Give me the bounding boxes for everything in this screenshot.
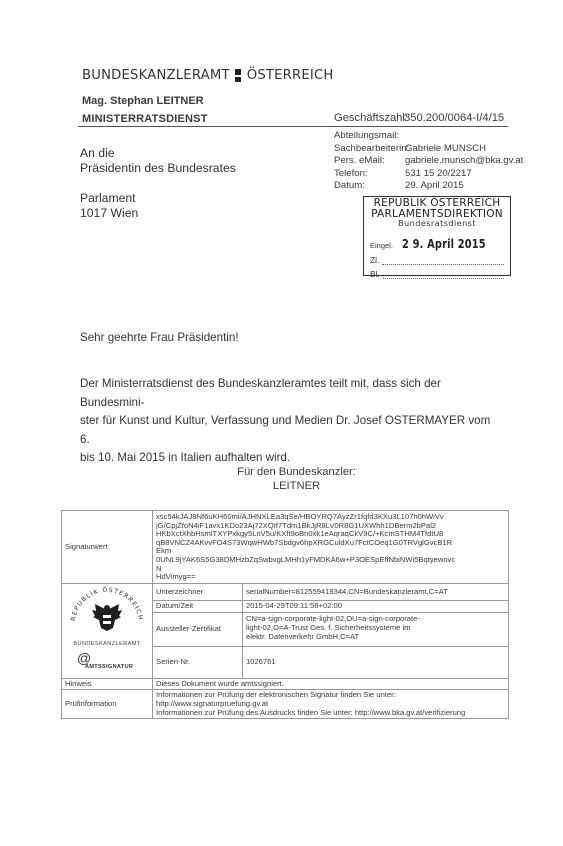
stamp-received-date: 2 9. April 2015: [402, 237, 486, 251]
verification-label: Prüfinformation: [62, 690, 153, 719]
address-line: Präsidentin des Bundesrates: [80, 161, 236, 176]
verification-line[interactable]: Informationen zur Prüfung des Ausdrucks …: [156, 709, 505, 718]
stamp-received-label: Eingel.: [370, 241, 402, 250]
contact-block: Abteilungsmail: Sachbearbeiterin:Gabriel…: [334, 130, 523, 193]
letterhead-brand: BUNDESKANZLERAMT ÖSTERREICH: [82, 68, 334, 83]
table-row: Hinweis Dieses Dokument wurde amtssignie…: [62, 678, 509, 690]
signature-line: 0UNL9jYAK6S5G38DMHzbZqSwbvgLMHh1yFMDKA6w…: [156, 556, 456, 573]
signature-line: qB8VNCZ4AKvvFO4S73WqwHWb7Sbdgv6hpXRGCuld…: [156, 539, 456, 556]
contact-row-dept-mail: Abteilungsmail:: [334, 130, 523, 143]
contact-value: 531 15 20/2217: [405, 168, 472, 181]
contact-label: Datum:: [334, 180, 405, 193]
brand-right: ÖSTERREICH: [247, 68, 334, 83]
issuer-value: CN=a-sign-corporate-light-02,OU=a-sign-c…: [243, 613, 509, 647]
verification-value: Informationen zur Prüfung der elektronis…: [153, 690, 509, 719]
signature-value: xsc54kJAJ8Nf6uKH60mi/AJHNXLEa3qSe/HBOYRQ…: [153, 511, 509, 584]
stamp-line-1: REPUBLIK ÖSTERREICH: [364, 198, 510, 209]
contact-email[interactable]: gabriele.munsch@bka.gv.at: [405, 155, 523, 168]
table-row: Signaturwert xsc54kJAJ8Nf6uKH60mi/AJHNXL…: [62, 511, 509, 584]
contact-row-clerk: Sachbearbeiterin:Gabriele MUNSCH: [334, 143, 523, 156]
received-stamp: REPUBLIK ÖSTERREICH PARLAMENTSDIREKTION …: [363, 196, 511, 276]
contact-label: Telefon:: [334, 168, 405, 181]
signer-value: serialNumber=812559419344,CN=Bundeskanzl…: [243, 583, 509, 600]
amtssignatur-logo: REPUBLIK ÖSTERREICH BUNDESKANZLERAMT @ A…: [62, 583, 153, 678]
signature-line: HdVimyg==: [156, 573, 456, 582]
closing-block: Für den Bundeskanzler: LEITNER: [0, 466, 563, 493]
stamp-line-3: Bundesratsdienst: [364, 219, 510, 228]
contact-row-email: Pers. eMail:gabriele.munsch@bka.gv.at: [334, 155, 523, 168]
contact-value: Gabriele MUNSCH: [405, 143, 486, 156]
signer-name: LEITNER: [0, 480, 563, 494]
stamp-received-row: Eingel. 2 9. April 2015: [370, 237, 510, 251]
stamp-zl-line: Zl.: [370, 255, 504, 265]
address-line: Parlament: [80, 191, 236, 206]
reference-label: Geschäftszahl:: [334, 112, 408, 124]
department-name: MINISTERRATSDIENST: [82, 113, 208, 125]
contact-row-phone: Telefon:531 15 20/2217: [334, 168, 523, 181]
stamp-bl-label: Bl.: [370, 269, 380, 279]
reference-number: 350.200/0064-I/4/15: [404, 112, 504, 124]
issuer-label: Aussteller-Zertifikat: [153, 613, 243, 647]
table-row: REPUBLIK ÖSTERREICH BUNDESKANZLERAMT @ A…: [62, 583, 509, 600]
closing-text: Für den Bundeskanzler:: [0, 466, 563, 480]
address-line: 1017 Wien: [80, 206, 236, 221]
salutation: Sehr geehrte Frau Präsidentin!: [80, 331, 239, 344]
serial-label: Serien-Nr.: [153, 647, 243, 679]
signature-label: Signaturwert: [62, 511, 153, 584]
contact-row-date: Datum:29. April 2015: [334, 180, 523, 193]
datetime-value: 2015-04-29T09:11:58+02:00: [243, 601, 509, 613]
serial-value: 1026761: [243, 647, 509, 679]
body-line: Der Ministerratsdienst des Bundeskanzler…: [80, 375, 500, 412]
issuer-line: elektr. Datenverkehr GmbH,C=AT: [246, 633, 505, 642]
note-label: Hinweis: [62, 678, 153, 690]
brand-separator-icon: [235, 69, 241, 82]
letter-body: Der Ministerratsdienst des Bundeskanzler…: [80, 375, 500, 468]
verification-line[interactable]: Informationen zur Prüfung der elektronis…: [156, 691, 505, 708]
datetime-label: Datum/Zeit: [153, 601, 243, 613]
body-line: bis 10. Mai 2015 in Italien aufhalten wi…: [80, 449, 500, 468]
body-line: ster für Kunst und Kultur, Verfassung un…: [80, 412, 500, 449]
stamp-bl-line: Bl.: [370, 269, 504, 279]
author-name: Mag. Stephan LEITNER: [82, 95, 204, 107]
coat-of-arms-icon: REPUBLIK ÖSTERREICH: [65, 584, 149, 644]
logo-org-text: BUNDESKANZLERAMT: [65, 640, 149, 649]
header-divider: [78, 126, 508, 127]
contact-label: Abteilungsmail:: [334, 130, 405, 143]
signer-label: Unterzeichner: [153, 583, 243, 600]
address-line: An die: [80, 146, 236, 161]
contact-value: 29. April 2015: [405, 180, 464, 193]
contact-label: Pers. eMail:: [334, 155, 405, 168]
signature-table: Signaturwert xsc54kJAJ8Nf6uKH60mi/AJHNXL…: [61, 510, 509, 719]
stamp-zl-label: Zl.: [370, 255, 379, 265]
brand-left: BUNDESKANZLERAMT: [82, 68, 230, 83]
table-row: Prüfinformation Informationen zur Prüfun…: [62, 690, 509, 719]
note-value: Dieses Dokument wurde amtssigniert.: [153, 678, 509, 690]
logo-badge-text: AMTSSIGNATUR: [85, 663, 133, 672]
contact-label: Sachbearbeiterin:: [334, 143, 405, 156]
recipient-address: An die Präsidentin des Bundesrates Parla…: [80, 146, 236, 220]
